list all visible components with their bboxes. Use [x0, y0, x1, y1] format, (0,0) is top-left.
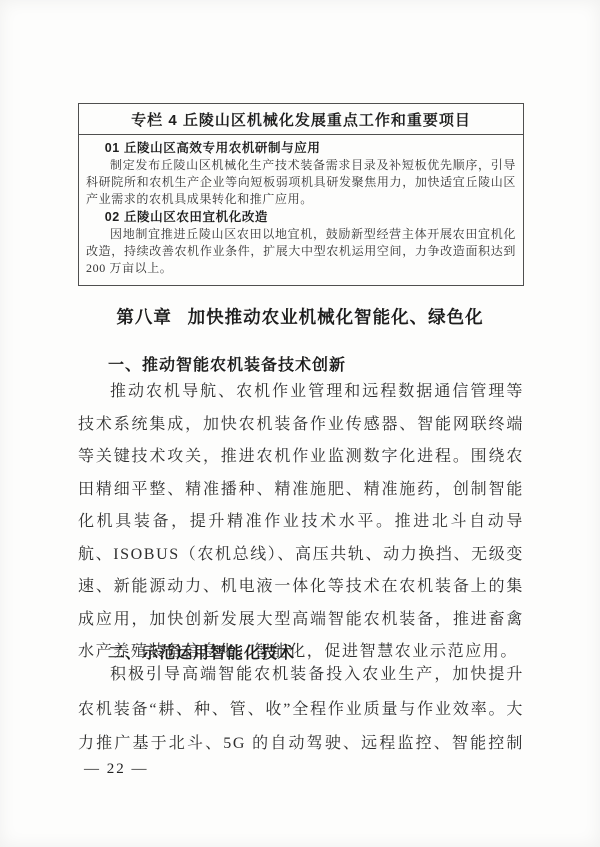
column-item-2-body: 因地制宜推进丘陵山区农田以地宜机，鼓励新型经营主体开展农田宜机化改造，持续改善农…	[86, 226, 516, 277]
column-item-2-heading: 02 丘陵山区农田宜机化改造	[86, 209, 516, 226]
special-column-box: 专栏 4 丘陵山区机械化发展重点工作和重要项目 01 丘陵山区高效专用农机研制与…	[78, 103, 524, 286]
column-item-1-body: 制定发布丘陵山区机械化生产技术装备需求目录及补短板优先顺序，引导科研院所和农机生…	[86, 157, 516, 208]
section-2-paragraph: 积极引导高端智能农机装备投入农业生产，加快提升农机装备“耕、种、管、收”全程作业…	[78, 658, 524, 760]
page-number: — 22 —	[84, 761, 149, 778]
column-box-body: 01 丘陵山区高效专用农机研制与应用 制定发布丘陵山区机械化生产技术装备需求目录…	[79, 135, 523, 285]
chapter-heading: 第八章加快推动农业机械化智能化、绿色化	[0, 304, 600, 329]
chapter-title: 加快推动农业机械化智能化、绿色化	[188, 307, 484, 327]
document-page: 专栏 4 丘陵山区机械化发展重点工作和重要项目 01 丘陵山区高效专用农机研制与…	[0, 0, 600, 847]
section-1-paragraph: 推动农机导航、农机作业管理和远程数据通信管理等技术系统集成，加快农机装备作业传感…	[78, 376, 524, 669]
section-1-heading: 一、推动智能农机装备技术创新	[108, 352, 346, 375]
chapter-number: 第八章	[116, 307, 172, 327]
column-item-1-heading: 01 丘陵山区高效专用农机研制与应用	[86, 140, 516, 157]
column-box-title: 专栏 4 丘陵山区机械化发展重点工作和重要项目	[79, 104, 523, 135]
